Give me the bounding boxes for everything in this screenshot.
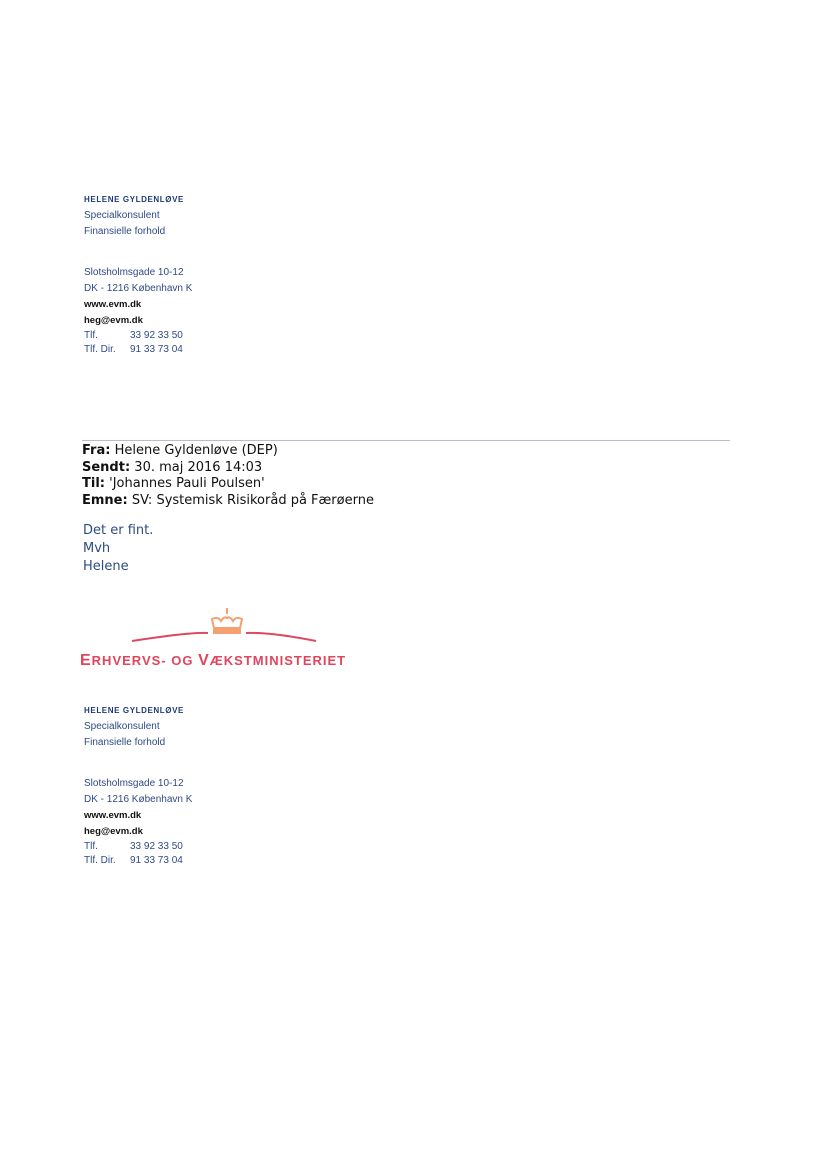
signature-block-top: HELENE GYLDENLØVE Specialkonsulent Finan…: [84, 192, 192, 357]
ministry-name: ERHVERVS- OG VÆKSTMINISTERIET: [80, 652, 346, 670]
sent-value: 30. maj 2016 14:03: [134, 460, 262, 475]
signature-department: Finansielle forhold: [84, 735, 192, 751]
email-header: Fra: Helene Gyldenløve (DEP) Sendt: 30. …: [82, 443, 374, 509]
sent-row: Sendt: 30. maj 2016 14:03: [82, 460, 374, 477]
direct-phone-label: Tlf. Dir.: [84, 343, 130, 357]
phone-label: Tlf.: [84, 329, 130, 343]
direct-phone-number: 91 33 73 04: [130, 854, 183, 868]
header-separator: [82, 440, 730, 441]
sent-label: Sendt:: [82, 460, 130, 475]
email-link[interactable]: heg@evm.dk: [84, 824, 192, 840]
body-greeting: Mvh: [83, 540, 153, 558]
signature-name: HELENE GYLDENLØVE: [84, 703, 192, 719]
address-street: Slotsholmsgade 10-12: [84, 776, 192, 792]
subject-label: Emne:: [82, 493, 128, 508]
signature-title: Specialkonsulent: [84, 719, 192, 735]
from-row: Fra: Helene Gyldenløve (DEP): [82, 443, 374, 460]
website-link[interactable]: www.evm.dk: [84, 808, 192, 824]
direct-phone-label: Tlf. Dir.: [84, 854, 130, 868]
email-link[interactable]: heg@evm.dk: [84, 313, 192, 329]
to-row: Til: 'Johannes Pauli Poulsen': [82, 476, 374, 493]
to-value: 'Johannes Pauli Poulsen': [109, 476, 265, 491]
phone-label: Tlf.: [84, 840, 130, 854]
direct-phone-number: 91 33 73 04: [130, 343, 183, 357]
address-city: DK - 1216 København K: [84, 792, 192, 808]
direct-phone-row: Tlf. Dir. 91 33 73 04: [84, 854, 192, 868]
to-label: Til:: [82, 476, 105, 491]
phone-number: 33 92 33 50: [130, 840, 183, 854]
signature-title: Specialkonsulent: [84, 208, 192, 224]
address-city: DK - 1216 København K: [84, 281, 192, 297]
phone-row: Tlf. 33 92 33 50: [84, 840, 192, 854]
body-line: Det er fint.: [83, 522, 153, 540]
from-label: Fra:: [82, 443, 110, 458]
subject-value: SV: Systemisk Risikoråd på Færøerne: [132, 493, 374, 508]
email-body: Det er fint. Mvh Helene: [83, 522, 153, 576]
subject-row: Emne: SV: Systemisk Risikoråd på Færøern…: [82, 493, 374, 510]
from-value: Helene Gyldenløve (DEP): [115, 443, 278, 458]
direct-phone-row: Tlf. Dir. 91 33 73 04: [84, 343, 192, 357]
body-signoff: Helene: [83, 558, 153, 576]
signature-block-bottom: HELENE GYLDENLØVE Specialkonsulent Finan…: [84, 703, 192, 868]
phone-number: 33 92 33 50: [130, 329, 183, 343]
website-link[interactable]: www.evm.dk: [84, 297, 192, 313]
phone-row: Tlf. 33 92 33 50: [84, 329, 192, 343]
crown-icon: [80, 608, 380, 652]
signature-department: Finansielle forhold: [84, 224, 192, 240]
signature-name: HELENE GYLDENLØVE: [84, 192, 192, 208]
address-street: Slotsholmsgade 10-12: [84, 265, 192, 281]
ministry-logo: ERHVERVS- OG VÆKSTMINISTERIET: [80, 608, 380, 678]
